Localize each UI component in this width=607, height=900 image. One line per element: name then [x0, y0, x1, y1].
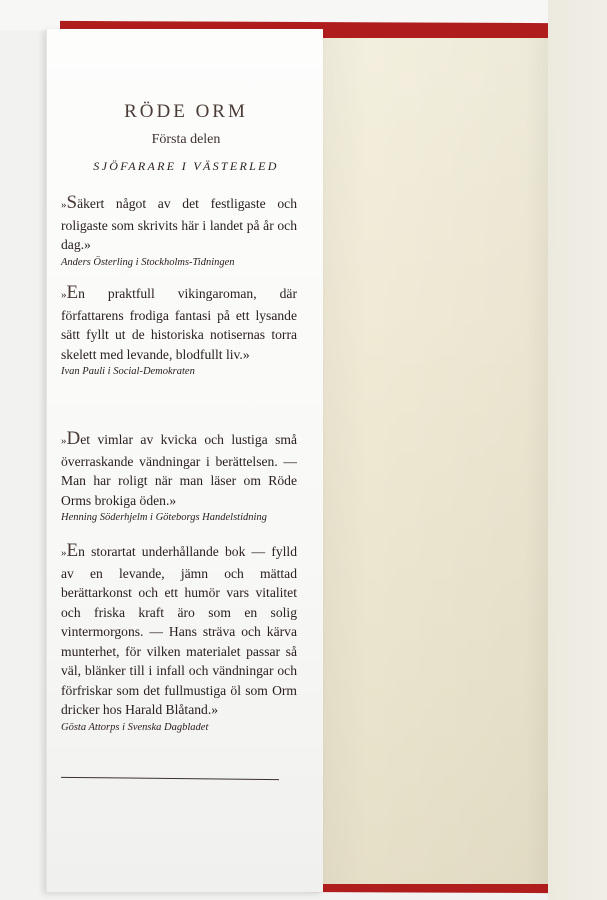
- review-text: et vimlar av kvicka och lustiga små över…: [61, 432, 297, 508]
- review-source: Ivan Pauli i Social-Demokraten: [61, 365, 297, 379]
- review-quote-2: »En praktfull vikingaroman, där författa…: [61, 283, 297, 379]
- drop-initial: S: [67, 192, 78, 213]
- book-title: RÖDE ORM: [61, 101, 311, 123]
- adjacent-page-edge: [548, 0, 607, 900]
- divider-rule: [61, 777, 279, 780]
- dust-jacket-flap: RÖDE ORM Första delen SJÖFARARE I VÄSTER…: [46, 29, 323, 892]
- drop-initial: E: [67, 540, 79, 561]
- book-part: Första delen: [61, 132, 311, 148]
- review-quote-4: »En storartat underhållande bok — fylld …: [61, 541, 297, 735]
- review-source: Anders Österling i Stockholms-Tidningen: [61, 256, 297, 270]
- book-subtitle: SJÖFARARE I VÄSTERLED: [61, 159, 311, 174]
- drop-initial: E: [67, 282, 79, 303]
- review-source: Henning Söderhjelm i Göteborgs Handelsti…: [61, 511, 297, 525]
- review-text: n praktfull vikingaroman, där författare…: [61, 286, 297, 362]
- review-source: Gösta Attorps i Svenska Dagbladet: [61, 721, 297, 735]
- review-quote-1: »Säkert något av det festligaste och rol…: [61, 193, 297, 270]
- endpaper-shading: [322, 38, 548, 884]
- review-quote-3: »Det vimlar av kvicka och lustiga små öv…: [61, 429, 297, 525]
- review-text: n storartat underhållande bok — fylld av…: [61, 544, 297, 717]
- drop-initial: D: [67, 428, 81, 449]
- review-text: äkert något av det festligaste och rolig…: [61, 196, 297, 252]
